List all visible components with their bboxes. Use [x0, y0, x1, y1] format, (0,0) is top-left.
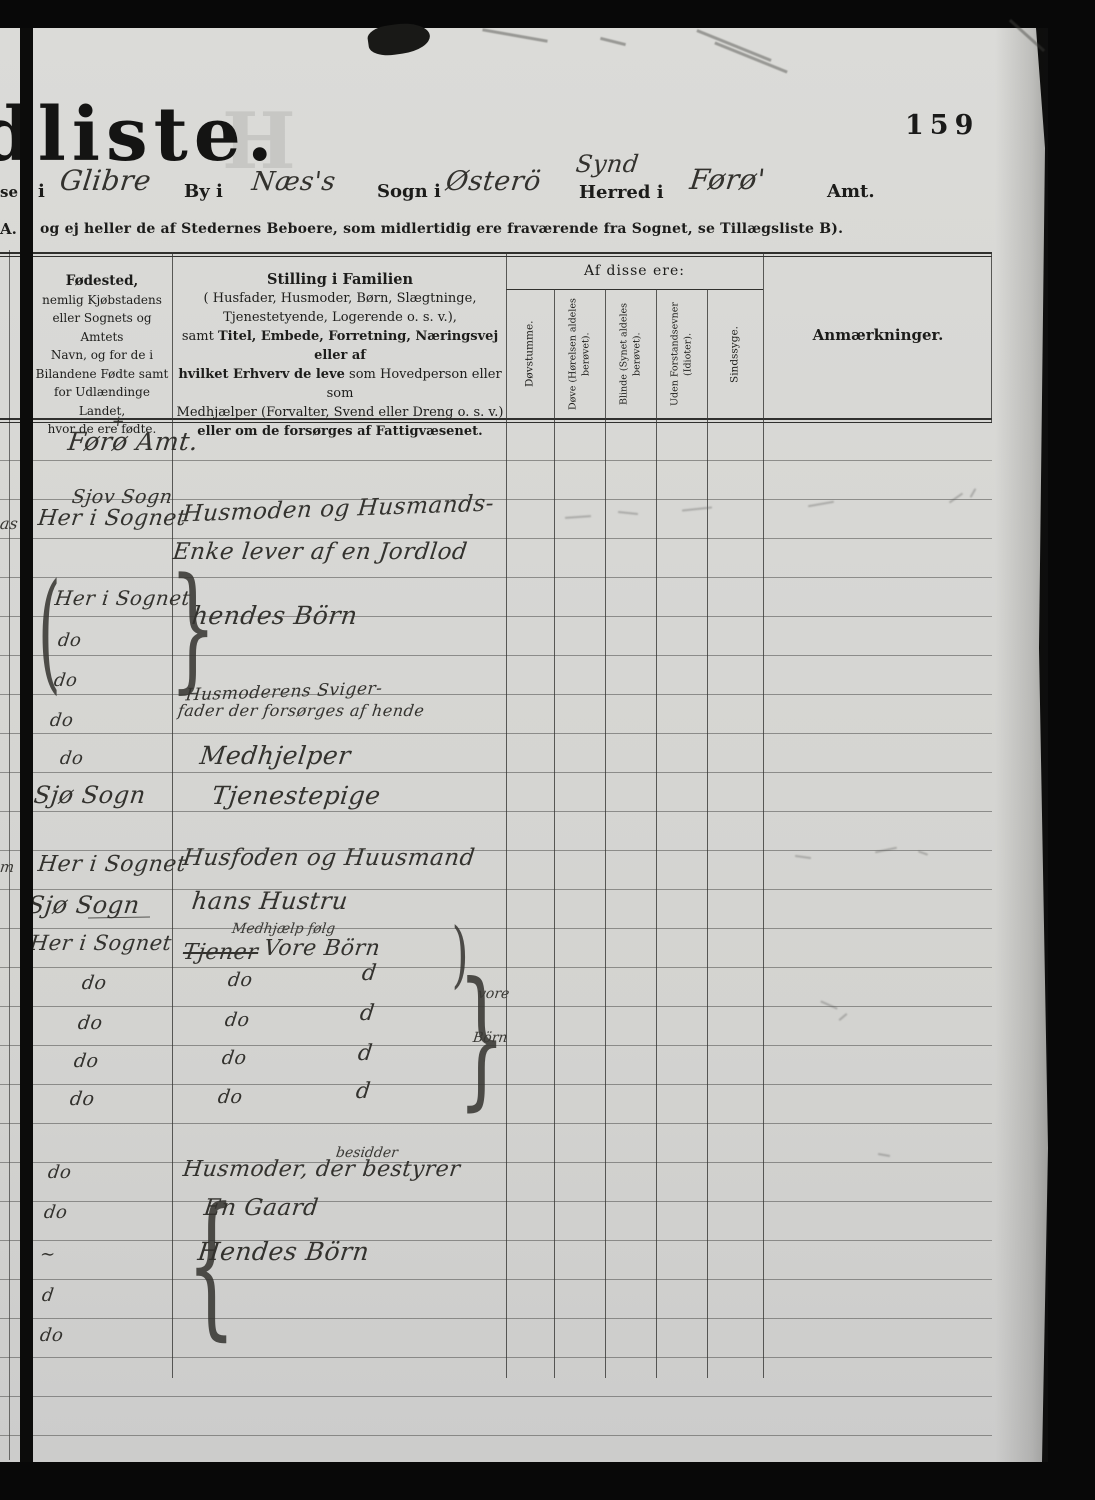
entry-ditto: do [49, 710, 75, 731]
birthplace-title: Fødested, [34, 272, 170, 291]
header-remarks-column: Anmærkninger. [766, 326, 990, 344]
position-line: Medhjælper (Forvalter, Svend eller Dreng… [176, 403, 504, 422]
birthplace-line: Bilandene Fødte samt [34, 365, 170, 384]
subcol-divider [554, 289, 555, 1378]
col-divider [763, 252, 764, 1378]
birthplace-line: nemlig Kjøbstadens [34, 291, 170, 310]
margin-fragment-a: A. [0, 220, 17, 238]
entry-position: hans Hustru [190, 887, 349, 915]
entry-ditto: do [73, 1050, 100, 1072]
position-line-bold: eller om de forsørges af Fattigvæsenet. [176, 422, 504, 441]
birthplace-line: for Udlændinge Landet, [34, 383, 170, 420]
col-divider [172, 252, 173, 1378]
handwritten-district: Østerö [444, 166, 543, 197]
entry-position: Husfoden og Huusmand [181, 845, 476, 871]
position-seg: som Hovedperson eller som [327, 367, 502, 401]
header-birthplace-column: Fødested, nemlig Kjøbstadens eller Sogne… [34, 272, 170, 439]
table-right-rule [991, 252, 992, 422]
handwritten-parish: Næs's [250, 167, 337, 197]
entry-superscript-correction: Medhjælp følg [231, 921, 336, 937]
entry-ditto: do [81, 972, 108, 994]
margin-handwriting: m [0, 858, 15, 876]
binding-black-bar [20, 28, 33, 1462]
entry-amt-heading: Førø Amt. [66, 427, 200, 456]
entry-place: Her i Sognet [36, 852, 187, 877]
header-position-column: Stilling i Familien ( Husfader, Husmoder… [176, 270, 504, 441]
left-margin-rule [9, 250, 10, 1460]
entry-ditto: do [227, 969, 254, 991]
entry-struck-word: Tjener [181, 940, 259, 965]
entry-ditto-mark: d [360, 961, 378, 986]
margin-handwriting: as [0, 514, 19, 533]
entry-ditto-mark: d [358, 1001, 376, 1026]
table-top-rule [0, 252, 992, 254]
position-seg: samt [182, 329, 218, 344]
entry-position: fader der forsørges af hende [177, 701, 426, 720]
entry-ditto: do [57, 630, 83, 651]
entry-position: hendes Börn [190, 601, 359, 630]
header-idiot-column: Uden Forstandsevner (Idioter). [656, 292, 707, 416]
header-disabilities-group: Af disse ere: [506, 263, 763, 279]
scanned-census-page: dliste. H 159 se i Glibre By i Næs's Sog… [0, 0, 1095, 1500]
entry-ditto-mark: d [41, 1285, 56, 1306]
entry-ditto: do [221, 1047, 248, 1069]
entry-ditto-mark: d [354, 1079, 372, 1104]
brace-label: Börn [472, 1030, 508, 1046]
entry-place: Sjø Sogn [32, 781, 147, 809]
birthplace-line: eller Sognets og Amtets [34, 309, 170, 346]
position-title: Stilling i Familien [176, 270, 504, 289]
label-amt: Amt. [827, 181, 875, 202]
label-i: i [38, 181, 45, 202]
label-by-i: By i [184, 181, 223, 202]
position-line: hvilket Erhverv de leve som Hovedperson … [176, 365, 504, 403]
header-deafmute-column: Døvstumme. [506, 292, 554, 416]
brace-label: vore [477, 986, 510, 1002]
entry-ditto: do [59, 748, 85, 769]
disabilities-underline [506, 289, 763, 290]
entry-ditto: do [77, 1012, 104, 1034]
entry-ditto-mark: d [356, 1041, 374, 1066]
handwritten-county: Førø' [688, 163, 767, 196]
entry-ditto: do [224, 1009, 251, 1031]
exclusion-note: og ej heller de af Stedernes Beboere, so… [40, 221, 843, 237]
subcol-divider [707, 289, 708, 1378]
entry-ditto: do [43, 1202, 69, 1223]
entry-ditto: do [217, 1086, 244, 1108]
paper-edge-shadow [995, 28, 1048, 1462]
table-top-rule-2 [0, 256, 992, 257]
header-deaf-column: Døve (Hørelsen aldeles berøvet). [554, 292, 605, 416]
entry-ditto: do [47, 1162, 73, 1183]
col-divider [506, 252, 507, 1378]
entry-position: Vore Börn [262, 936, 381, 961]
entry-position: Medhjelper [198, 741, 352, 770]
entry-position: Tjenestepige [210, 781, 382, 810]
margin-fragment-se: se [0, 183, 18, 201]
handwritten-village: Glibre [58, 164, 153, 197]
entry-place: Her i Sognet [54, 586, 192, 610]
position-line: Tjenestetyende, Logerende o. s. v.), [176, 308, 504, 327]
subcol-divider [656, 289, 657, 1378]
label-herred-i: Herred i [579, 182, 664, 203]
entry-place: Her i Sognet [36, 506, 187, 531]
subcol-divider [605, 289, 606, 1378]
entry-ditto: do [53, 670, 79, 691]
entry-place: Sjø Sogn [26, 891, 141, 919]
header-insane-column: Sindssyge. [707, 292, 763, 416]
position-line: ( Husfader, Husmoder, Børn, Slægtninge, [176, 289, 504, 308]
position-seg-bold: hvilket Erhverv de leve [178, 367, 345, 382]
entry-place: Her i Sognet [29, 931, 174, 955]
birthplace-line: Navn, og for de i [34, 346, 170, 365]
handwritten-overwrite-synd: Synd [574, 150, 640, 178]
page-number: 159 [905, 110, 979, 141]
position-seg-bold: Titel, Embede, Forretning, Næringsvej el… [218, 329, 498, 363]
label-sogn-i: Sogn i [377, 181, 441, 202]
entry-ditto: do [39, 1325, 65, 1346]
entry-ditto-tilde: ~ [39, 1244, 57, 1265]
entry-place-small: Sjov Sogn [71, 486, 174, 508]
header-blind-column: Blinde (Synet aldeles berøvet). [605, 292, 656, 416]
entry-ditto: do [69, 1088, 96, 1110]
position-line: samt Titel, Embede, Forretning, Næringsv… [176, 327, 504, 365]
entry-position: En Gaard [202, 1195, 320, 1221]
entry-position: Hendes Börn [196, 1237, 371, 1266]
